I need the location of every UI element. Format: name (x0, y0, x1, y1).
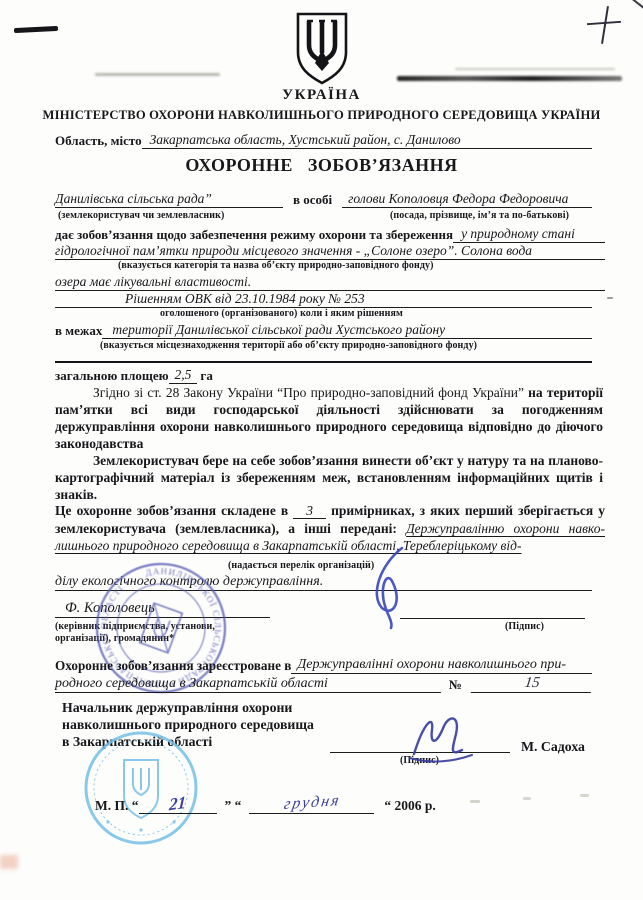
holder-sign-caption: (Підпис) (505, 621, 544, 632)
month-blank: грудня (249, 794, 374, 814)
copies-count: 3 (293, 503, 326, 519)
country-name: УКРАЇНА (0, 87, 643, 104)
area-label: загальною площею (55, 368, 169, 384)
law-paragraph: Згідно зі ст. 28 Закону України “Про при… (55, 384, 603, 452)
ministry-name: МІНІСТЕРСТВО ОХОРОНИ НАВКОЛИШНЬОГО ПРИРО… (0, 108, 643, 123)
official-title-line1: Начальник держуправління охорони (62, 700, 292, 716)
corner-tick-mark (630, 0, 643, 9)
in-person-label: в особі (283, 192, 342, 208)
law-paragraph-normal: Згідно зі ст. 28 Закону України “Про при… (93, 385, 524, 400)
section-divider (55, 361, 592, 363)
gray-speck-2 (523, 797, 531, 800)
location-caption: (вказується місцезнаходження території а… (100, 340, 477, 351)
registration-line1: Охоронне зобов’язання зареєстроване в Де… (55, 655, 592, 674)
scan-smudge-right-light (455, 68, 615, 70)
scan-smudge-right-dark (397, 76, 622, 81)
area-unit: га (197, 368, 212, 384)
region-label: Область, місто (55, 133, 142, 149)
person-caption: (посада, прізвище, ім’я та по-батькові) (390, 210, 569, 221)
registration-line2: родного середовища в Закарпатській облас… (55, 674, 592, 693)
registration-blank-rule (328, 678, 441, 693)
registration-lead: Охоронне зобов’язання зареєстроване в (55, 658, 291, 674)
within-label: в межах (55, 323, 102, 339)
pen-dash-mark (14, 26, 58, 33)
region-line: Область, місто Закарпатська область, Хус… (55, 130, 592, 149)
official-name: М. Садоха (521, 739, 585, 755)
gray-speck-3 (580, 794, 589, 797)
mp-label: М. П. “ (95, 798, 139, 814)
decision-line: Рішенням ОВК від 23.10.1984 року № 253 (55, 289, 592, 308)
decision-value: Рішенням ОВК від 23.10.1984 року № 253 (55, 291, 592, 308)
official-pen-signature (408, 710, 478, 768)
person-value: голови Кополовця Федора Федоровича (342, 191, 592, 208)
trident-emblem-icon (295, 12, 349, 86)
object-value: гідрологічної пам’ятки природи місцевого… (55, 243, 605, 260)
official-seal-stamp (80, 727, 202, 849)
registration-office1: Держуправлінні охорони навколишнього при… (291, 657, 592, 674)
plus-pen-mark (585, 6, 625, 46)
copies-paragraph: Це охоронне зобов’язання складене в 3 пр… (55, 502, 605, 555)
handwritten-month: грудня (282, 792, 342, 814)
document-title: ОХОРОННЕ ЗОБОВ’ЯЗАННЯ (0, 155, 643, 176)
region-value: Закарпатська область, Хустський район, с… (142, 132, 592, 149)
gray-speck-1 (470, 800, 480, 803)
year-part: “ 2006 р. (374, 798, 435, 814)
object-line: гідрологічної пам’ятки природи місцевого… (55, 241, 605, 260)
area-line: загальною площею 2,5 га (55, 366, 213, 384)
area-value: 2,5 (169, 367, 198, 384)
category-caption: (вказується категорія та назва об’єкту п… (118, 260, 434, 271)
parties-line: Данилівська сільська рада” в особі голов… (55, 189, 592, 208)
landuser-paragraph: Землекористувач бере на себе зобов’язанн… (55, 452, 603, 503)
holder-sign-rule (400, 604, 585, 619)
day-blank: 21 (139, 794, 217, 814)
within-line: в межах території Данилівської сільської… (55, 320, 592, 339)
decision-caption: оголошеного (організованого) коли і яким… (160, 308, 403, 319)
within-value: території Данилівської сільської ради Ху… (102, 322, 592, 339)
scanned-document: УКРАЇНА МІНІСТЕРСТВО ОХОРОНИ НАВКОЛИШНЬО… (0, 0, 643, 900)
pink-smudge (0, 855, 18, 869)
margin-tick (607, 297, 613, 299)
scan-smudge-left (95, 73, 220, 76)
organizations-caption: (надається перелік організацій) (228, 560, 374, 571)
landholder-caption: (землекористувач чи землевласник) (58, 210, 224, 221)
registration-number-label: № (441, 677, 472, 693)
holder-pen-signature (362, 545, 422, 630)
registration-office2: родного середовища в Закарпатській облас… (55, 676, 328, 693)
date-line: М. П. “ 21 ” “ грудня “ 2006 р. (95, 795, 436, 814)
registration-number-value: 15 (471, 675, 594, 693)
landholder-value: Данилівська сільська рада” (55, 191, 283, 208)
quotes-mid: ” “ (217, 798, 250, 814)
handwritten-day: 21 (169, 792, 187, 815)
copies-part1: Це охоронне зобов’язання складене в (55, 503, 288, 518)
